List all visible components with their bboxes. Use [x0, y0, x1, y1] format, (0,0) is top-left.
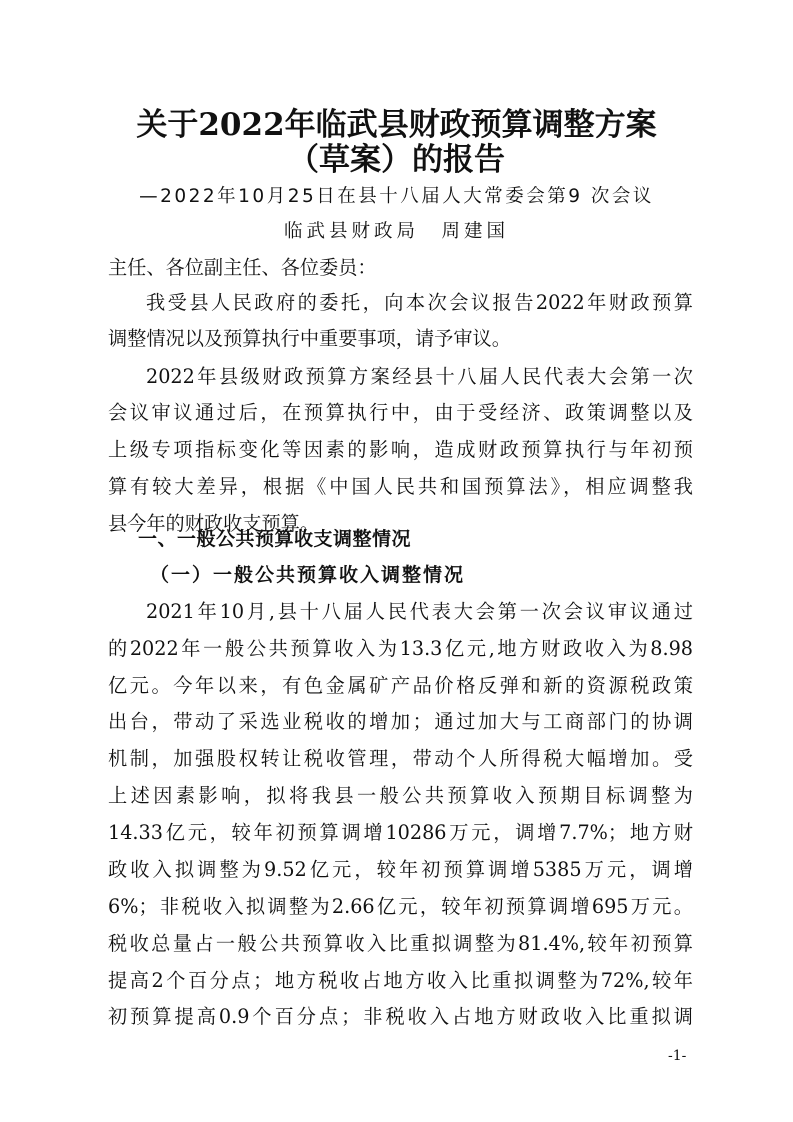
subsection-heading: （一）一般公共预算收入调整情况 — [150, 561, 465, 589]
section-paragraph-line: 初预算提高0.9个百分点；非税收入占地方财政收入比重拟调 — [108, 1003, 693, 1031]
page-number: -1- — [668, 1047, 686, 1065]
section-paragraph-line: 2021年10月,县十八届人民代表大会第一次会议审议通过 — [146, 598, 693, 626]
paragraph-2-line: 算有较大差异，根据《中国人民共和国预算法》，相应调整我 — [108, 473, 693, 501]
section-paragraph-line: 亿元。今年以来，有色金属矿产品价格反弹和新的资源税政策 — [108, 672, 693, 700]
section-paragraph-line: 提高2个百分点；地方税收占地方收入比重拟调整为72%,较年 — [108, 967, 693, 995]
section-paragraph-line: 14.33亿元，较年初预算调增10286万元，调增7.7%；地方财 — [108, 819, 693, 847]
document-title-line-2: （草案）的报告 — [0, 142, 793, 178]
paragraph-2-line: 2022年县级财政预算方案经县十八届人民代表大会第一次 — [146, 363, 693, 391]
document-subtitle: —2022年10月25日在县十八届人大常委会第9 次会议 — [0, 184, 793, 210]
document-author: 临武县财政局 周建国 — [0, 219, 793, 245]
section-paragraph-line: 税收总量占一般公共预算收入比重拟调整为81.4%,较年初预算 — [108, 930, 693, 958]
paragraph-1-line: 调整情况以及预算执行中重要事项，请予审议。 — [108, 325, 693, 353]
paragraph-2-line: 上级专项指标变化等因素的影响，造成财政预算执行与年初预 — [108, 436, 693, 464]
section-paragraph-line: 的2022年一般公共预算收入为13.3亿元,地方财政收入为8.98 — [108, 635, 693, 663]
section-paragraph-line: 政收入拟调整为9.52亿元，较年初预算调增5385万元，调增 — [108, 856, 693, 884]
section-paragraph-line: 上述因素影响，拟将我县一般公共预算收入预期目标调整为 — [108, 782, 693, 810]
paragraph-1-line: 我受县人民政府的委托，向本次会议报告2022年财政预算 — [146, 289, 693, 317]
section-paragraph-line: 6%；非税收入拟调整为2.66亿元，较年初预算调增695万元。 — [108, 893, 693, 921]
section-paragraph-line: 出台，带动了采选业税收的增加；通过加大与工商部门的协调 — [108, 708, 693, 736]
section-paragraph-line: 机制，加强股权转让税收管理，带动个人所得税大幅增加。受 — [108, 745, 693, 773]
paragraph-2-line: 会议审议通过后，在预算执行中，由于受经济、政策调整以及 — [108, 399, 693, 427]
salutation: 主任、各位副主任、各位委员： — [108, 254, 693, 282]
document-title-line-1: 关于2022年临武县财政预算调整方案 — [0, 107, 793, 143]
document-page: 关于2022年临武县财政预算调整方案 （草案）的报告 —2022年10月25日在… — [0, 0, 793, 1122]
section-heading: 一、一般公共预算收支调整情况 — [138, 525, 411, 553]
